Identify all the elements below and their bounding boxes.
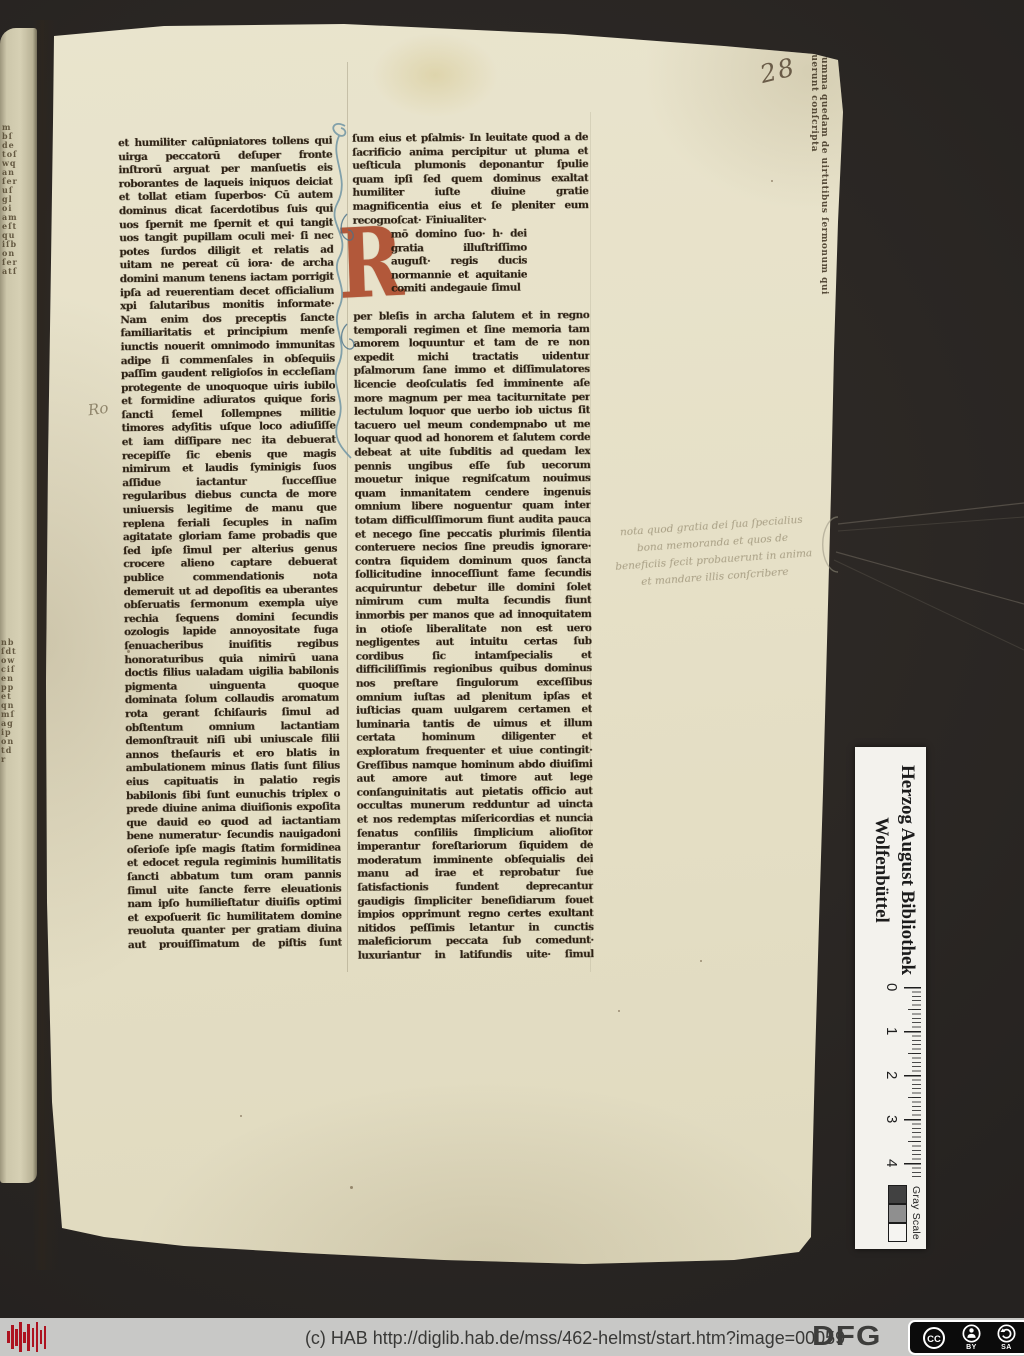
manuscript-page: 28 Summa quedam de uirtutibus ſermonum q… bbox=[44, 22, 844, 1264]
ruler-number-1: 1 bbox=[883, 1027, 900, 1035]
cc-sa-icon: SA bbox=[997, 1324, 1016, 1351]
fore-edge-inscription: Summa quedam de uirtutibus ſermonum qui … bbox=[809, 50, 829, 322]
ruler-number-4: 4 bbox=[883, 1159, 900, 1167]
grayscale-patches bbox=[888, 1181, 907, 1245]
hab-barcode-logo bbox=[7, 1321, 53, 1353]
pen-flourish-decoration bbox=[325, 118, 361, 463]
folio-number: 28 bbox=[757, 52, 799, 89]
grayscale-patch-mid bbox=[888, 1204, 907, 1223]
showthrough-text-lower: nbſdtowciſenppetqnmſagipontdr bbox=[1, 638, 17, 968]
svg-text:CC: CC bbox=[927, 1334, 941, 1345]
institution-name: Herzog August Bibliothek Wolfenbüttel bbox=[868, 753, 920, 987]
facing-page-edge: mbſdetoſwqanſeruſgloiameſtquiſbonſeratſ … bbox=[0, 28, 37, 1183]
copyright-url-text: (c) HAB http://diglib.hab.de/mss/462-hel… bbox=[305, 1327, 845, 1349]
text-column-left: et humiliter calūpniatores tollens qui u… bbox=[118, 135, 342, 954]
ruler-number-3: 3 bbox=[883, 1115, 900, 1123]
column-right-body-text: per bleſis in archa ſalutem et in regno … bbox=[353, 309, 594, 965]
cc-by-label: BY bbox=[966, 1344, 977, 1351]
dfg-logo: DFG bbox=[812, 1320, 882, 1352]
institution-line1: Herzog August Bibliothek bbox=[894, 753, 920, 987]
showthrough-text-upper: mbſdetoſwqanſeruſgloiameſtquiſbonſeratſ bbox=[2, 123, 18, 493]
column-right-rubric-block: R mō domino ſuo· h· dei gratia illuſtriſ… bbox=[353, 227, 590, 311]
ruler-cm-ticks bbox=[904, 987, 921, 1179]
cm-ruler: 0 1 2 3 4 bbox=[855, 987, 926, 1183]
grayscale-target: Gray Scale bbox=[888, 1181, 922, 1245]
grayscale-patch-dark bbox=[888, 1185, 907, 1204]
faded-margin-annotation: nota quod gratia dei ſua ſpecialius bona… bbox=[611, 511, 817, 617]
library-label-face: Herzog August Bibliothek Wolfenbüttel 0 … bbox=[855, 747, 926, 1249]
cc-sa-label: SA bbox=[1001, 1344, 1012, 1351]
ruler-number-2: 2 bbox=[883, 1071, 900, 1079]
ruler-numbers: 0 1 2 3 4 bbox=[880, 987, 900, 1183]
margin-nota-mark: Ro bbox=[87, 399, 110, 420]
cc-license-badge: CC BY SA bbox=[908, 1320, 1024, 1355]
column-right-rubric-text: mō domino ſuo· h· dei gratia illuſtriſſi… bbox=[391, 228, 527, 299]
text-column-right: ſum eius et pſalmis· In leuitate quod a … bbox=[352, 131, 594, 965]
footer-bar: (c) HAB http://diglib.hab.de/mss/462-hel… bbox=[0, 1318, 1024, 1356]
digitized-manuscript-photo: mbſdetoſwqanſeruſgloiameſtquiſbonſeratſ … bbox=[0, 0, 1024, 1356]
library-label: Herzog August Bibliothek Wolfenbüttel 0 … bbox=[855, 747, 926, 1249]
grayscale-label: Gray Scale bbox=[910, 1181, 922, 1245]
cc-icon: CC bbox=[922, 1326, 946, 1350]
institution-line2: Wolfenbüttel bbox=[868, 753, 894, 987]
ruler-number-0: 0 bbox=[883, 983, 900, 991]
grayscale-patch-white bbox=[888, 1223, 907, 1242]
cc-by-icon: BY bbox=[962, 1324, 981, 1351]
